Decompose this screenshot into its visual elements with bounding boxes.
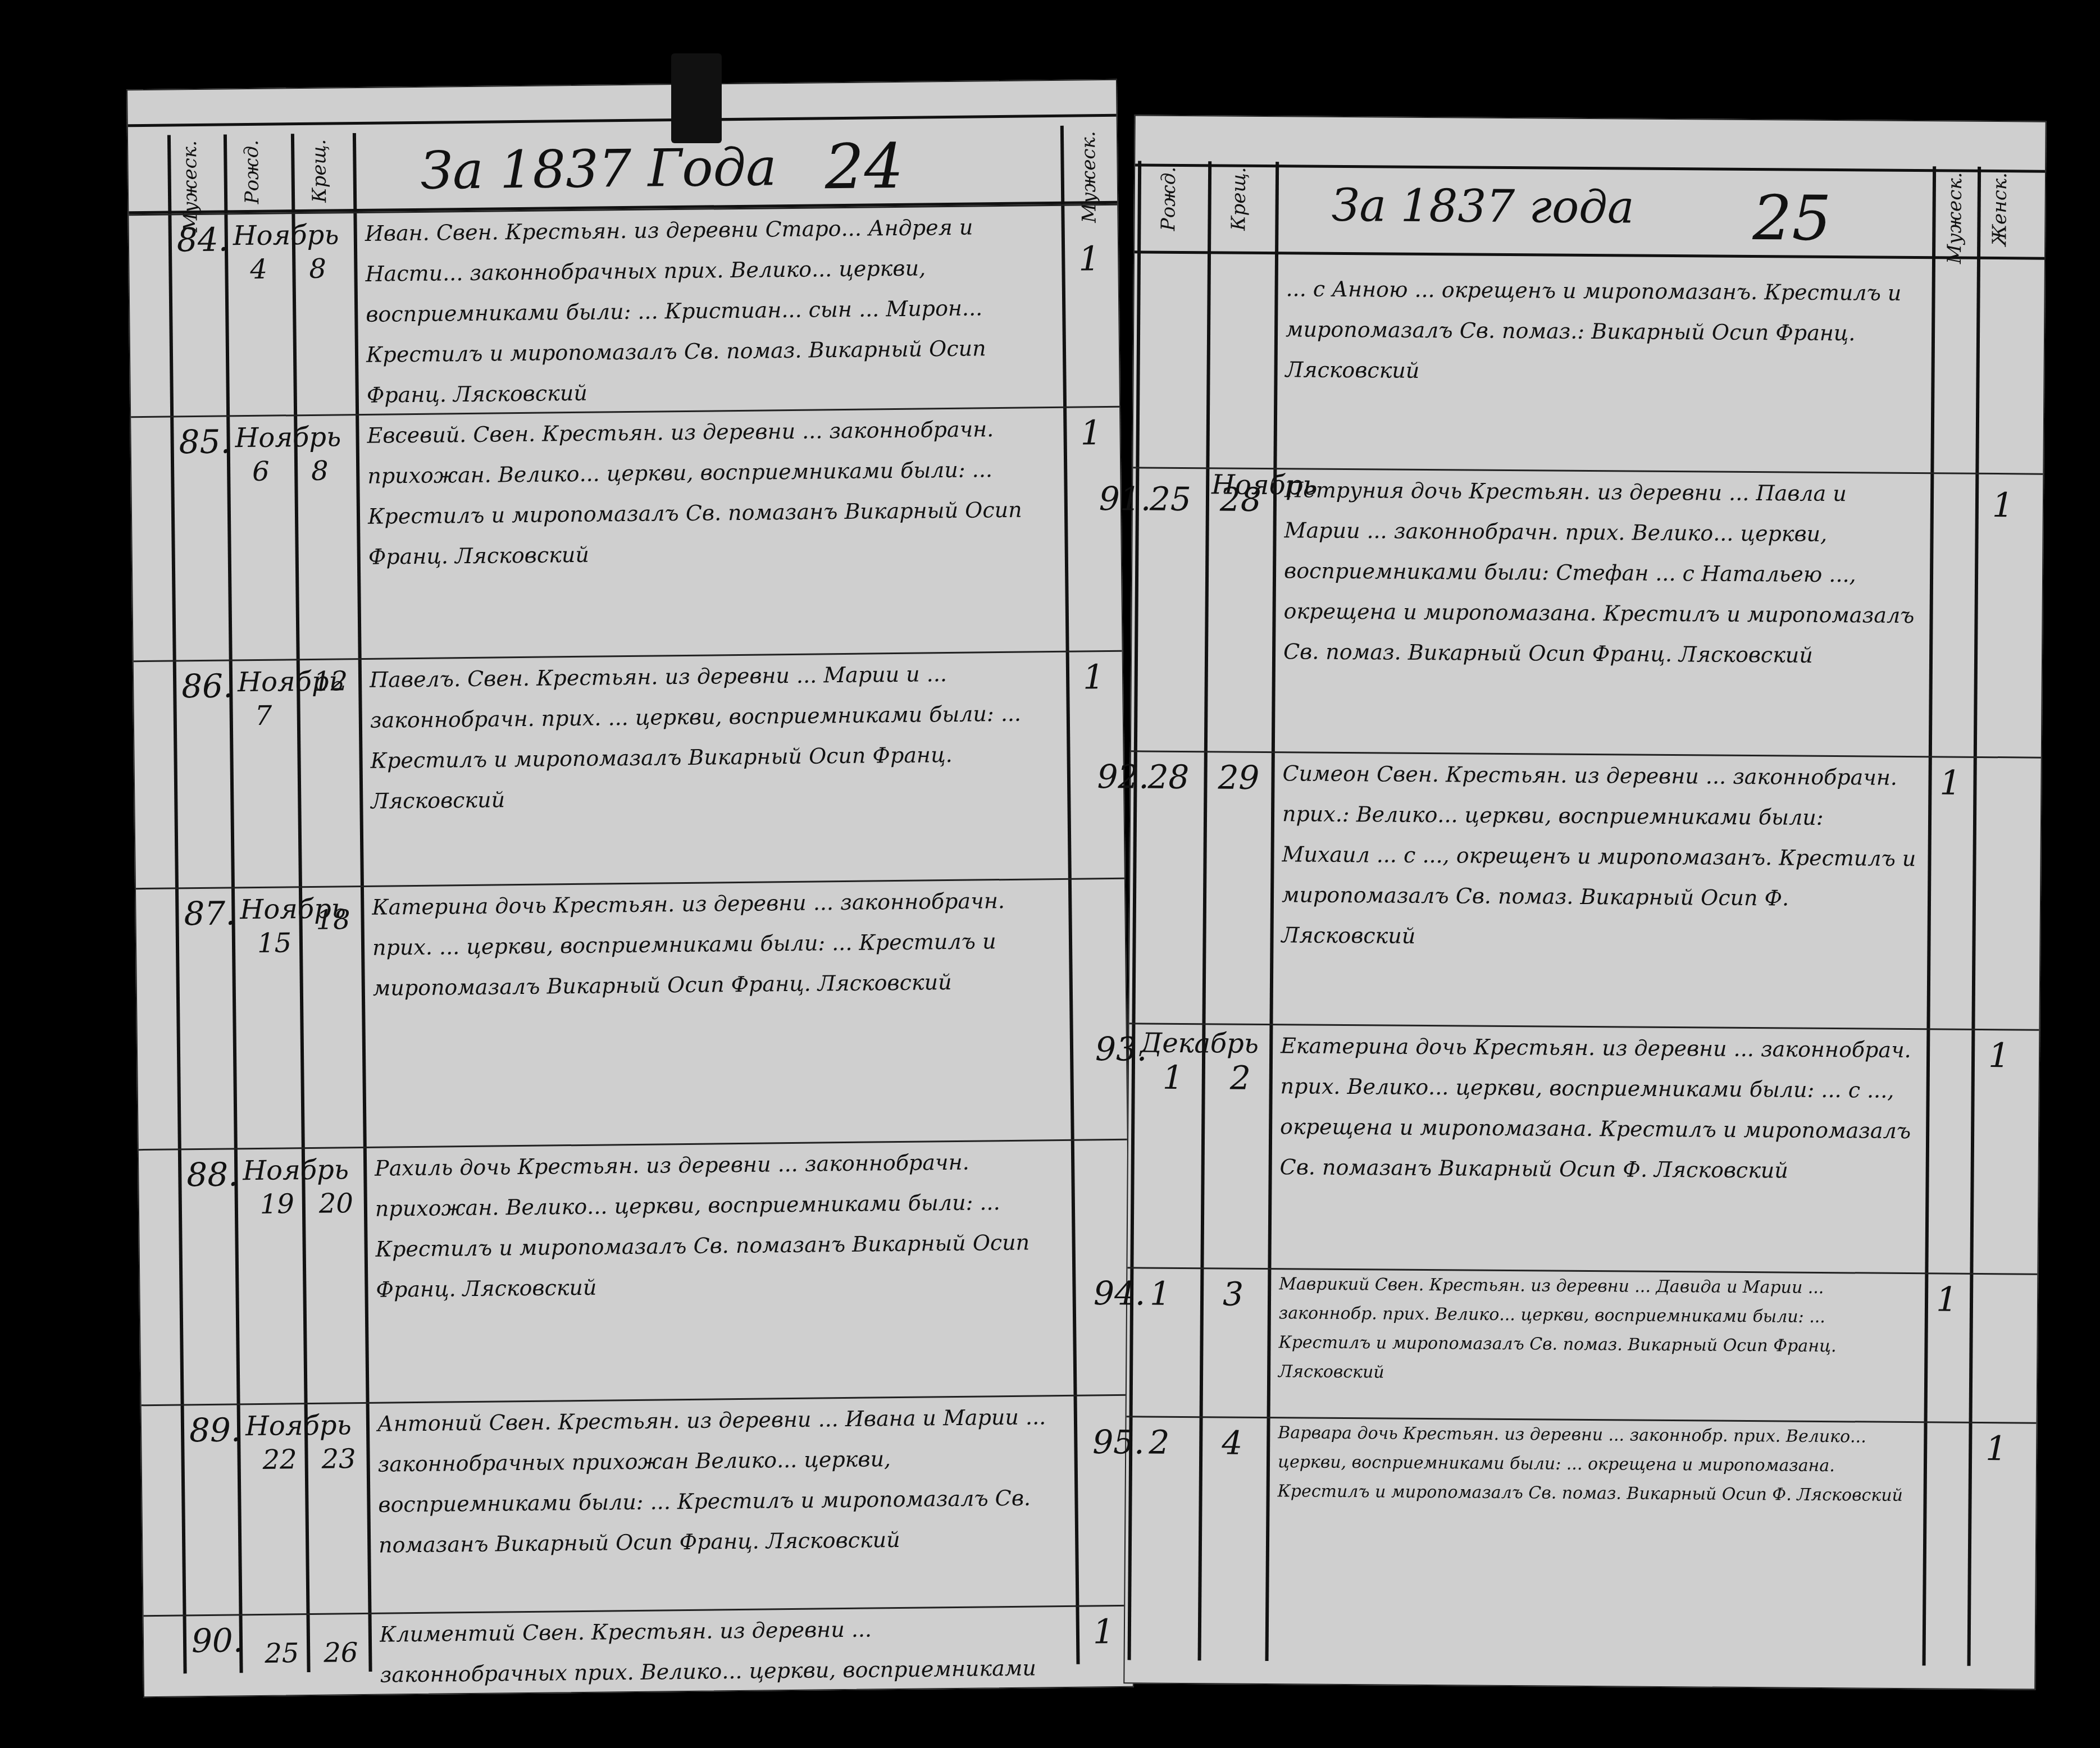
entry-number: 90. xyxy=(192,1621,244,1660)
column-header: Рожд. xyxy=(240,140,263,204)
entry-text: Варвара дочь Крестьян. из деревни ... за… xyxy=(1277,1418,1912,1510)
register-entry: 93. Декабрь 1 2 Екатерина дочь Крестьян.… xyxy=(1127,1023,2039,1272)
male-count: 1 xyxy=(1936,1280,1958,1319)
binding-clip xyxy=(671,53,722,143)
register-entry: 92. 28 29 Симеон Свен. Крестьян. из дере… xyxy=(1129,750,2040,1028)
birth-day: 19 xyxy=(260,1188,295,1220)
birth-day: 6 xyxy=(252,456,270,487)
column-header: Рожд. xyxy=(1157,167,1180,231)
baptism-day: 3 xyxy=(1223,1275,1243,1313)
column-header: Крещ. xyxy=(1227,167,1250,231)
birth-day: 25 xyxy=(1150,480,1191,519)
entry-text: Иван. Свен. Крестьян. из деревни Старо..… xyxy=(365,206,1052,416)
baptism-day: 2 xyxy=(1230,1059,1251,1097)
female-count: 1 xyxy=(1985,1429,2007,1468)
register-entry: 94. 1 3 Маврикий Свен. Крестьян. из дере… xyxy=(1127,1267,2038,1421)
entry-text: Екатерина дочь Крестьян. из деревни ... … xyxy=(1279,1025,1915,1192)
female-count: 1 xyxy=(1988,1036,2010,1075)
baptism-day: 8 xyxy=(311,455,329,487)
male-count: 1 xyxy=(1939,763,1961,802)
entry-number: 93. xyxy=(1095,1030,1147,1069)
entry-month: Ноябрь xyxy=(243,1154,349,1186)
entry-text: Катерина дочь Крестьян. из деревни ... з… xyxy=(372,880,1058,1008)
entry-number: 84. xyxy=(177,220,229,259)
entry-month: Ноябрь xyxy=(233,219,339,252)
entry-month: Ноябрь xyxy=(235,421,341,454)
continuation-text: ... с Анною ... окрещенъ и миропомазанъ.… xyxy=(1285,268,1920,394)
birth-day: 1 xyxy=(1150,1275,1170,1313)
entry-number: 88. xyxy=(186,1155,239,1194)
entry-month: Декабрь xyxy=(1140,1027,1259,1059)
page-title: За 1837 Года xyxy=(420,137,777,201)
entry-month: Ноябрь xyxy=(245,1409,352,1442)
entry-text: Маврикий Свен. Крестьян. из деревни ... … xyxy=(1278,1270,1914,1391)
male-count: 1 xyxy=(1078,239,1100,279)
column-header: Женск. xyxy=(1988,172,2011,246)
entry-text: Антоний Свен. Крестьян. из деревни ... И… xyxy=(377,1396,1064,1566)
female-count: 1 xyxy=(1992,486,2014,525)
entry-number: 85. xyxy=(179,422,231,461)
register-entry: 85. Ноябрь 6 8 Евсевий. Свен. Крестьян. … xyxy=(131,406,1122,659)
baptism-day: 23 xyxy=(321,1443,356,1475)
baptism-day: 18 xyxy=(316,904,350,936)
entry-number: 91. xyxy=(1099,480,1151,518)
birth-day: 25 xyxy=(265,1637,299,1669)
column-header: Крещ. xyxy=(308,139,331,203)
entry-number: 94. xyxy=(1094,1274,1146,1313)
entry-number: 92. xyxy=(1097,757,1149,796)
male-count: 1 xyxy=(1080,413,1102,453)
entry-number: 95. xyxy=(1092,1423,1145,1462)
male-count: 1 xyxy=(1083,658,1105,697)
register-entry: 87. Ноябрь 15 18 Катерина дочь Крестьян.… xyxy=(136,878,1127,1148)
baptism-day: 8 xyxy=(309,253,326,285)
entry-text: Петруния дочь Крестьян. из деревни ... П… xyxy=(1283,469,1919,676)
entry-number: 86. xyxy=(181,667,234,705)
register-entry: 84. Ноябрь 4 8 Иван. Свен. Крестьян. из … xyxy=(129,204,1119,415)
entry-text: Павелъ. Свен. Крестьян. из деревни ... М… xyxy=(370,652,1056,821)
column-header: Мужеск. xyxy=(1943,172,1966,264)
entry-text: Евсевий. Свен. Крестьян. из деревни ... … xyxy=(367,408,1054,577)
register-entry: 91. Ноябрь 25 28 Петруния дочь Крестьян.… xyxy=(1131,467,2043,755)
baptism-day: 26 xyxy=(324,1637,358,1669)
register-entry: 90. 25 26 Климентий Свен. Крестьян. из д… xyxy=(144,1605,1133,1695)
male-count: 1 xyxy=(1093,1612,1115,1651)
birth-day: 2 xyxy=(1149,1423,1169,1462)
baptism-day: 12 xyxy=(313,665,348,697)
top-rule xyxy=(1135,163,2045,172)
birth-day: 1 xyxy=(1163,1058,1183,1097)
baptism-day: 4 xyxy=(1222,1424,1242,1462)
birth-day: 4 xyxy=(250,254,267,285)
header-rule xyxy=(1135,250,2044,259)
entry-text: Симеон Свен. Крестьян. из деревни ... за… xyxy=(1281,753,1917,960)
register-entry: 86. Ноябрь 7 12 Павелъ. Свен. Крестьян. … xyxy=(134,650,1124,887)
register-entry: 95. 2 4 Варвара дочь Крестьян. из деревн… xyxy=(1125,1416,2037,1665)
birth-day: 22 xyxy=(262,1444,297,1476)
entry-number: 89. xyxy=(189,1411,242,1449)
page-title: За 1837 года xyxy=(1331,179,1634,234)
baptism-day: 20 xyxy=(319,1188,354,1220)
entry-number: 87. xyxy=(184,894,236,933)
birth-day: 15 xyxy=(257,927,292,959)
right-page: Рожд. Крещ. Мужеск. Женск. За 1837 года … xyxy=(1123,115,2046,1690)
left-page: Мужеск. Рожд. Крещ. Мужеск. За 1837 Года… xyxy=(126,79,1134,1697)
baptism-day: 28 xyxy=(1220,480,1261,519)
top-rule xyxy=(128,114,1117,127)
birth-day: 7 xyxy=(254,700,272,732)
baptism-day: 29 xyxy=(1218,758,1259,797)
register-entry: 89. Ноябрь 22 23 Антоний Свен. Крестьян.… xyxy=(142,1394,1132,1614)
page-number: 24 xyxy=(824,130,904,203)
register-entry: 88. Ноябрь 19 20 Рахиль дочь Крестьян. и… xyxy=(139,1139,1130,1403)
page-number: 25 xyxy=(1752,182,1832,254)
entry-text: Рахиль дочь Крестьян. из деревни ... зак… xyxy=(375,1141,1062,1310)
birth-day: 28 xyxy=(1147,758,1189,797)
entry-text: Климентий Свен. Крестьян. из деревни ...… xyxy=(380,1607,1065,1693)
